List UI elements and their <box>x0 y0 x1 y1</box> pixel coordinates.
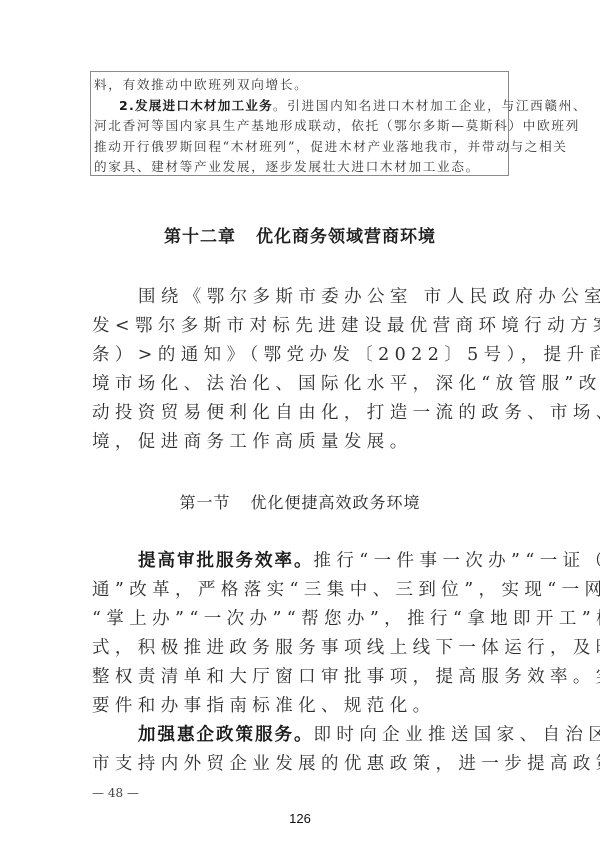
chapter-title: 第十二章优化商务领域营商环境 <box>0 222 600 247</box>
body-line: 要件和办事指南标准化、规范化。 <box>92 692 512 721</box>
paragraph-policy-service: 加强惠企政策服务。即时向企业推送国家、自治区及我 市支持内外贸企业发展的优惠政策… <box>92 721 512 779</box>
paragraph-lead: 提高审批服务效率。 <box>138 551 314 571</box>
body-line: 发<鄂尔多斯市对标先进建设最优营商环境行动方案（500 <box>92 312 512 341</box>
section-number: 第一节 <box>179 493 230 512</box>
pdf-page-number: 126 <box>0 811 600 826</box>
box-line: 料，有效推动中欧班列双向增长。 <box>94 75 508 96</box>
body-line: 围绕《鄂尔多斯市委办公室 市人民政府办公室关于印 <box>92 283 512 312</box>
document-page: 料，有效推动中欧班列双向增长。 2.发展进口木材加工业务。引进国内知名进口木材加… <box>0 0 600 848</box>
section-name: 优化便捷高效政务环境 <box>251 493 421 512</box>
chapter-name: 优化商务领域营商环境 <box>256 227 436 247</box>
body-line: 加强惠企政策服务。即时向企业推送国家、自治区及我 <box>92 721 512 750</box>
paragraph-approval-efficiency: 提高审批服务效率。推行“一件事一次办”“一证（照） 通”改革，严格落实“三集中、… <box>92 547 512 721</box>
paragraph-lead: 加强惠企政策服务。 <box>138 725 314 745</box>
body-line: 整权责清单和大厅窗口审批事项，提高服务效率。实现办理 <box>92 663 512 692</box>
body-line: 境市场化、法治化、国际化水平，深化“放管服”改革，推 <box>92 370 512 399</box>
body-line: 境，促进商务工作高质量发展。 <box>92 428 512 457</box>
box-bold-heading: 2.发展进口木材加工业务 <box>119 98 273 113</box>
document-page-number: — 48 — <box>92 786 139 800</box>
boxed-excerpt: 料，有效推动中欧班列双向增长。 2.发展进口木材加工业务。引进国内知名进口木材加… <box>90 71 509 176</box>
body-line: 式，积极推进政务服务事项线上线下一体运行，及时动态调 <box>92 634 512 663</box>
body-line: “掌上办”“一次办”“帮您办”，推行“拿地即开工”模 <box>92 605 512 634</box>
box-line: 推动开行俄罗斯回程“木材班列”，促进木材产业落地我市，并带动与之相关 <box>94 137 508 158</box>
section-title: 第一节优化便捷高效政务环境 <box>0 490 600 513</box>
chapter-number: 第十二章 <box>164 227 236 247</box>
body-line: 动投资贸易便利化自由化，打造一流的政务、市场、法治环 <box>92 399 512 428</box>
body-line: 提高审批服务效率。推行“一件事一次办”“一证（照） <box>92 547 512 576</box>
body-line-text: 推行“一件事一次办”“一证（照） <box>314 551 600 571</box>
body-line: 市支持内外贸企业发展的优惠政策，进一步提高政策的知晓 <box>92 750 512 779</box>
body-line: 通”改革，严格落实“三集中、三到位”，实现“一网办” <box>92 576 512 605</box>
box-line-text: 。引进国内知名进口木材加工企业，与江西赣州、 <box>273 98 587 113</box>
body-line-text: 即时向企业推送国家、自治区及我 <box>314 725 600 745</box>
box-line: 的家具、建材等产业发展，逐步发展壮大进口木材加工业态。 <box>94 157 508 178</box>
body-line: 条）>的通知》（鄂党办发〔2022〕5号），提升商务营商环 <box>92 341 512 370</box>
box-line: 河北香河等国内家具生产基地形成联动，依托（鄂尔多斯—莫斯科）中欧班列 <box>94 116 508 137</box>
box-line: 2.发展进口木材加工业务。引进国内知名进口木材加工企业，与江西赣州、 <box>94 96 508 117</box>
intro-paragraph: 围绕《鄂尔多斯市委办公室 市人民政府办公室关于印 发<鄂尔多斯市对标先进建设最优… <box>92 283 512 457</box>
